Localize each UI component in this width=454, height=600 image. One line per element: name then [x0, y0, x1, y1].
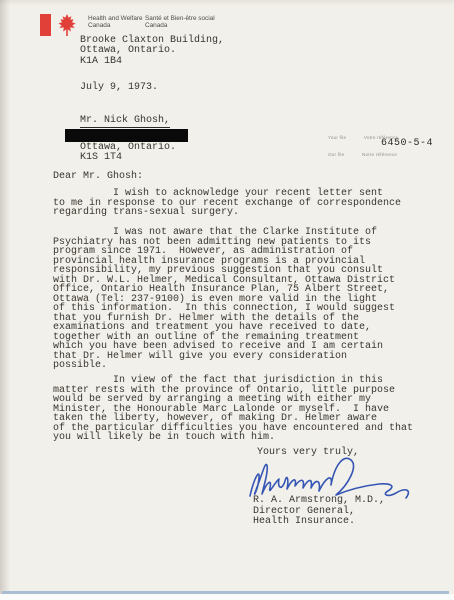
- recipient-name: Mr. Nick Ghosh,: [80, 116, 170, 128]
- canada-flag-icon: [40, 14, 82, 37]
- letterhead-address: Brooke Claxton Building, Ottawa, Ontario…: [80, 36, 224, 67]
- your-file-label-en: Your file: [328, 135, 346, 140]
- scan-edge-bottom: [0, 594, 454, 600]
- scan-edge-top: [0, 0, 454, 6]
- salutation: Dear Mr. Ghosh:: [53, 172, 143, 182]
- scan-edge-left: [0, 0, 10, 600]
- body-paragraph-2: I was not aware that the Clarke Institut…: [53, 228, 395, 371]
- redaction-bar: [65, 129, 188, 142]
- our-file-label-en: Our file: [328, 152, 344, 157]
- letter-date: July 9, 1973.: [80, 83, 158, 93]
- our-file-label-fr: Notre référence: [362, 152, 397, 157]
- scan-edge-bottom-line: [2, 591, 449, 594]
- recipient-address: Ottawa, Ontario. K1S 1T4: [80, 143, 176, 164]
- our-file-number: 6450-5-4: [381, 138, 433, 149]
- signature-block: R. A. Armstrong, M.D., Director General,…: [253, 496, 385, 528]
- scanned-letter-page: Health and Welfare Canada Santé et Bien-…: [0, 0, 454, 600]
- body-paragraph-3: In view of the fact that jurisdiction in…: [53, 376, 413, 443]
- body-paragraph-1: I wish to acknowledge your recent letter…: [53, 189, 401, 218]
- dept-name-french: Santé et Bien-être social Canada: [145, 15, 215, 30]
- dept-name-english: Health and Welfare Canada: [88, 15, 143, 30]
